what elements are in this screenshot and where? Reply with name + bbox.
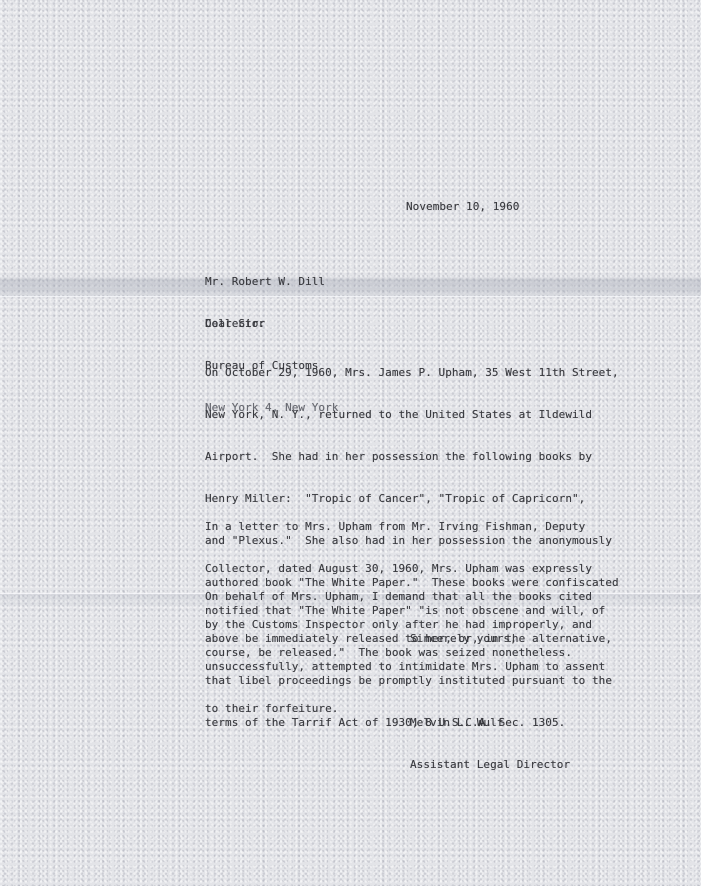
paragraph-line: that libel proceedings be promptly insti… [205, 674, 612, 688]
paragraph-line: On October 29, 1960, Mrs. James P. Upham… [205, 366, 619, 380]
signer-name: Melvin L. Wulf [410, 716, 570, 730]
paragraph-line: New York, N. Y., returned to the United … [205, 408, 619, 422]
letter-date: November 10, 1960 [406, 200, 519, 214]
signer-title: Assistant Legal Director [410, 758, 570, 772]
signature-block: Melvin L. Wulf Assistant Legal Director [410, 688, 570, 800]
recipient-name: Mr. Robert W. Dill [205, 275, 338, 289]
letter-page: November 10, 1960 Mr. Robert W. Dill Col… [0, 0, 701, 886]
paragraph-line: above be immediately released to her, or… [205, 632, 612, 646]
salutation: Dear Sir: [205, 317, 265, 331]
paper-fold-crease [0, 296, 701, 297]
paragraph-line: Airport. She had in her possession the f… [205, 450, 619, 464]
paper-fold-shadow [0, 276, 701, 298]
paragraph-line: On behalf of Mrs. Upham, I demand that a… [205, 590, 612, 604]
closing: Sincerely yours, [410, 632, 517, 646]
paragraph-line: In a letter to Mrs. Upham from Mr. Irvin… [205, 520, 605, 534]
